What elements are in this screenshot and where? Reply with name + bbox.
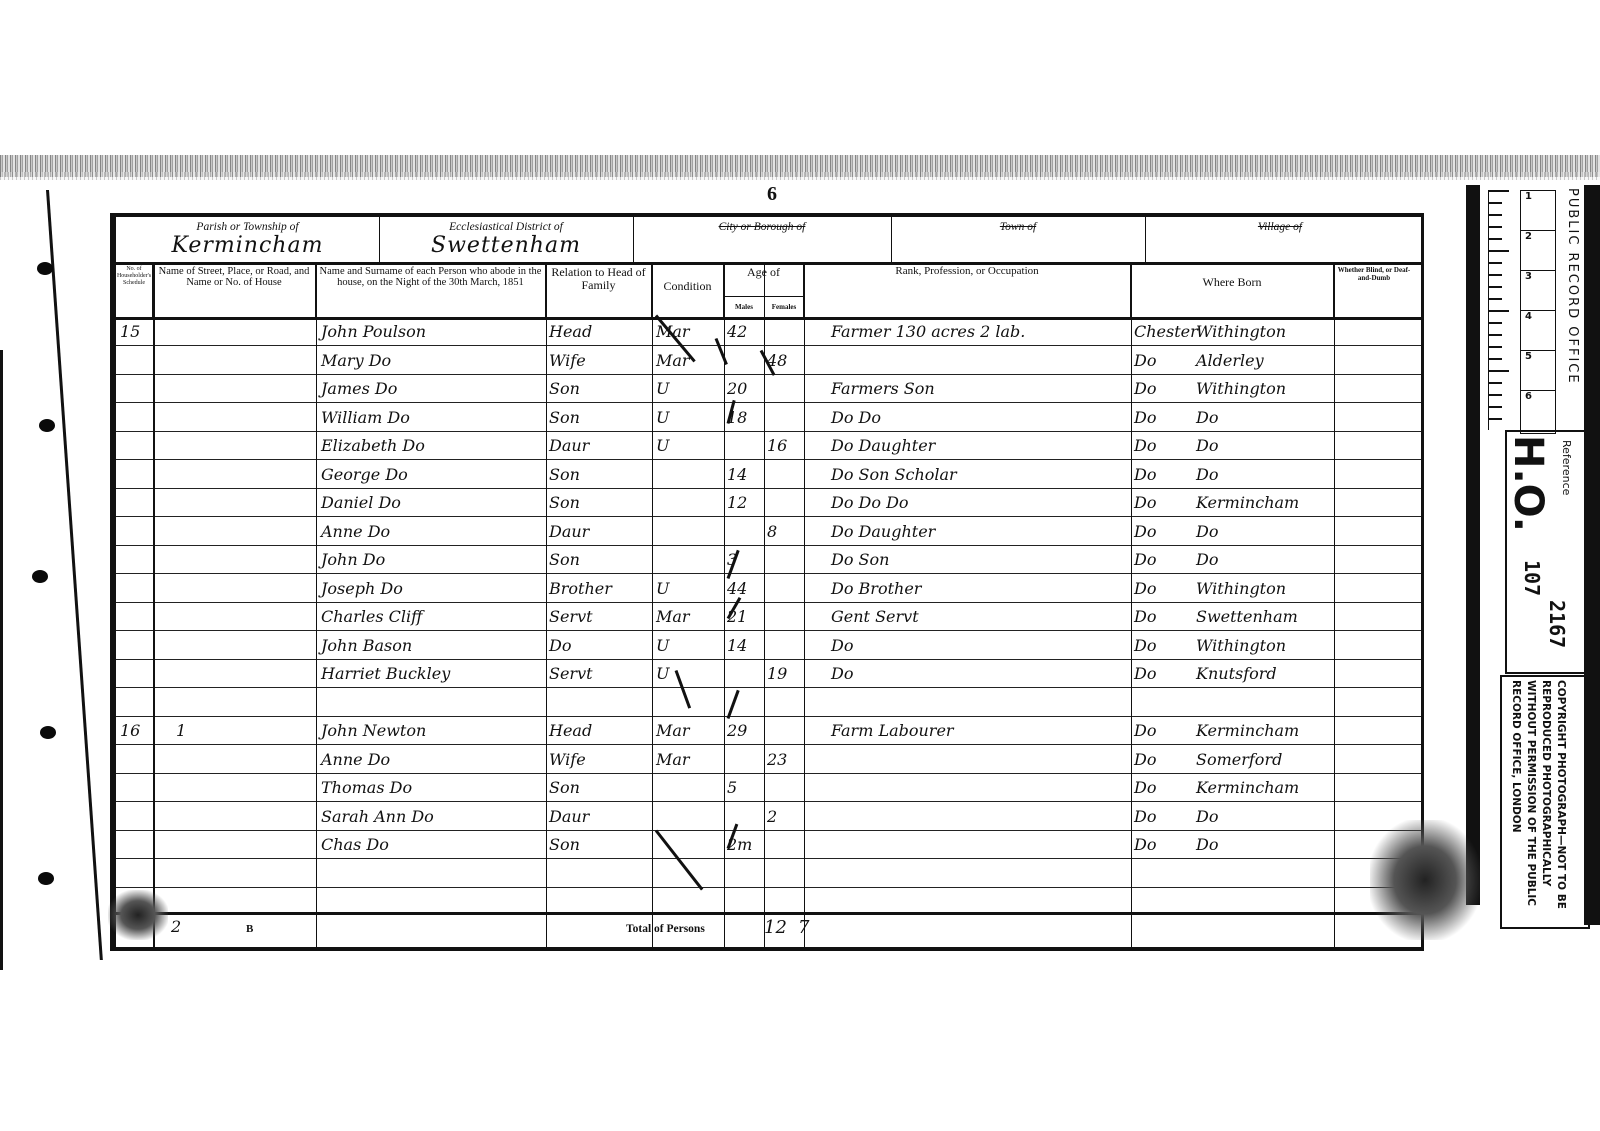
cell-schedule — [120, 545, 153, 573]
cell-age-m: 42 — [727, 317, 763, 345]
reference-series: H.O. — [1508, 435, 1548, 532]
ecclesiastical-value: Swettenham — [379, 233, 633, 258]
cell-condition — [656, 802, 722, 830]
column-divider — [1131, 262, 1132, 947]
cell-street — [176, 460, 316, 488]
col-condition: Condition — [652, 262, 724, 317]
col-street: Name of Street, Place, or Road, and Name… — [153, 262, 316, 317]
cell-age-f — [767, 574, 803, 602]
cell-name: Chas Do — [321, 830, 546, 858]
cell-occupation — [831, 346, 1131, 374]
cell-street: 1 — [176, 716, 316, 744]
cell-occupation — [831, 773, 1131, 801]
cell-schedule — [120, 745, 153, 773]
col-schedule-no: No. of Householder's Schedule — [116, 262, 153, 317]
column-divider — [764, 262, 765, 947]
cell-street — [176, 574, 316, 602]
cell-name — [321, 688, 546, 716]
column-headers: No. of Householder's Schedule Name of St… — [116, 262, 1421, 320]
cell-born-place: Do — [1196, 460, 1331, 488]
village-label: Village of — [1145, 221, 1415, 233]
cell-schedule — [120, 403, 153, 431]
cell-relation: Servt — [549, 602, 649, 630]
cell-born-county: Do — [1134, 659, 1194, 687]
town-cell: Town of — [891, 217, 1146, 262]
cell-name: Harriet Buckley — [321, 659, 546, 687]
cell-schedule — [120, 574, 153, 602]
cell-schedule — [120, 659, 153, 687]
col-blind-deaf: Whether Blind, or Deaf-and-Dumb — [1334, 262, 1414, 317]
cell-condition: U — [656, 403, 722, 431]
cell-occupation: Farm Labourer — [831, 716, 1131, 744]
cell-born-county: Do — [1134, 488, 1194, 516]
cell-condition: U — [656, 374, 722, 402]
cell-age-f — [767, 374, 803, 402]
ruler-tick — [1489, 298, 1502, 300]
ruler-tick — [1489, 370, 1509, 372]
cell-age-f: 23 — [767, 745, 803, 773]
cell-age-f: 16 — [767, 431, 803, 459]
parish-label: Parish or Township of — [116, 221, 379, 233]
cell-born-place: Swettenham — [1196, 602, 1331, 630]
table-row: Thomas DoSon5DoKermincham — [116, 773, 1421, 802]
parish-value: Kermincham — [116, 233, 379, 258]
cell-name: John Poulson — [321, 317, 546, 345]
cell-born-place: Do — [1196, 830, 1331, 858]
scan-smudge — [1370, 820, 1480, 940]
ruler-tick — [1489, 418, 1502, 420]
cell-born-place: Withington — [1196, 374, 1331, 402]
cell-occupation — [831, 830, 1131, 858]
cell-occupation — [831, 745, 1131, 773]
cell-age-f — [767, 859, 803, 887]
cell-born-county: Do — [1134, 574, 1194, 602]
scan-noise-band-2 — [0, 172, 1600, 180]
col-age-females: Females — [764, 296, 804, 317]
table-row: Mary DoWifeMar48DoAlderley — [116, 346, 1421, 375]
cell-street — [176, 517, 316, 545]
punch-hole — [38, 872, 54, 885]
binding-edge — [46, 190, 103, 960]
column-divider — [316, 262, 317, 947]
reference-label: Reference — [1560, 440, 1573, 495]
cell-age-m: 14 — [727, 460, 763, 488]
page-number: 6 — [767, 183, 777, 206]
cell-schedule: 16 — [120, 716, 153, 744]
ruler-tick — [1489, 202, 1502, 204]
cell-born-place — [1196, 688, 1331, 716]
cell-age-m: 12 — [727, 488, 763, 516]
cell-condition: Mar — [656, 346, 722, 374]
cell-age-f — [767, 688, 803, 716]
cell-age-f: 19 — [767, 659, 803, 687]
cell-age-f — [767, 602, 803, 630]
cell-relation: Son — [549, 773, 649, 801]
cell-condition: Mar — [656, 602, 722, 630]
cell-occupation — [831, 688, 1131, 716]
cell-name: George Do — [321, 460, 546, 488]
census-form: Parish or Township of Kermincham Ecclesi… — [110, 213, 1424, 951]
cell-occupation: Do Son — [831, 545, 1131, 573]
table-row: Joseph DoBrotherU44Do BrotherDoWithingto… — [116, 574, 1421, 603]
cell-born-place: Do — [1196, 517, 1331, 545]
cell-occupation: Do Do — [831, 403, 1131, 431]
cell-condition: U — [656, 659, 722, 687]
reference-piece: 107 — [1520, 560, 1544, 596]
cell-occupation: Do — [831, 659, 1131, 687]
cell-age-f — [767, 545, 803, 573]
cell-street — [176, 773, 316, 801]
cell-age-m — [727, 517, 763, 545]
cell-name: Mary Do — [321, 346, 546, 374]
cell-name: Elizabeth Do — [321, 431, 546, 459]
cell-condition: Mar — [656, 716, 722, 744]
cell-born-county: Do — [1134, 545, 1194, 573]
column-divider — [1334, 262, 1335, 947]
ruler-mark: 1 — [1521, 191, 1555, 231]
cell-name: John Bason — [321, 631, 546, 659]
table-row: John BasonDoU14DoDoWithington — [116, 631, 1421, 660]
table-row: Daniel DoSon12Do Do DoDoKermincham — [116, 488, 1421, 517]
cell-relation: Daur — [549, 431, 649, 459]
table-row: John DoSon3Do SonDoDo — [116, 545, 1421, 574]
cell-age-m — [727, 346, 763, 374]
ruler-mark: 3 — [1521, 271, 1555, 311]
ruler-tick — [1489, 286, 1502, 288]
cell-schedule — [120, 374, 153, 402]
table-row: George DoSon14Do Son ScholarDoDo — [116, 460, 1421, 489]
cell-born-place: Do — [1196, 403, 1331, 431]
table-row: Charles CliffServtMar21Gent ServtDoSwett… — [116, 602, 1421, 631]
cell-street — [176, 431, 316, 459]
city-cell: City or Borough of — [633, 217, 892, 262]
ruler-tick — [1489, 238, 1502, 240]
cell-street — [176, 688, 316, 716]
ruler-tick — [1489, 214, 1502, 216]
cell-schedule — [120, 688, 153, 716]
cell-name: James Do — [321, 374, 546, 402]
cell-occupation: Do Daughter — [831, 517, 1131, 545]
cell-born-county: Do — [1134, 517, 1194, 545]
cell-condition — [656, 517, 722, 545]
cell-relation: Son — [549, 830, 649, 858]
cell-born-county: Do — [1134, 346, 1194, 374]
cell-relation: Wife — [549, 346, 649, 374]
cell-condition — [656, 773, 722, 801]
cell-schedule — [120, 802, 153, 830]
cell-occupation: Farmers Son — [831, 374, 1131, 402]
cell-born-county — [1134, 859, 1194, 887]
cell-age-m — [727, 431, 763, 459]
cell-schedule — [120, 773, 153, 801]
cell-name: John Do — [321, 545, 546, 573]
city-label: City or Borough of — [633, 221, 891, 233]
cell-condition: Mar — [656, 317, 722, 345]
cell-born-county: Do — [1134, 802, 1194, 830]
cell-schedule — [120, 859, 153, 887]
cell-street — [176, 631, 316, 659]
cell-occupation: Do Do Do — [831, 488, 1131, 516]
district-header: Parish or Township of Kermincham Ecclesi… — [116, 217, 1421, 265]
cell-occupation: Gent Servt — [831, 602, 1131, 630]
cell-born-place: Withington — [1196, 631, 1331, 659]
cell-street — [176, 859, 316, 887]
cell-relation: Wife — [549, 745, 649, 773]
table-row: 15John PoulsonHeadMar42Farmer 130 acres … — [116, 317, 1421, 346]
copyright-notice: COPYRIGHT PHOTOGRAPH—NOT TO BE REPRODUCE… — [1508, 680, 1568, 920]
cell-age-f — [767, 830, 803, 858]
punch-hole — [39, 419, 55, 432]
table-row: Anne DoWifeMar23DoSomerford — [116, 745, 1421, 774]
cell-street — [176, 802, 316, 830]
ruler-tick — [1489, 394, 1502, 396]
cell-born-place — [1196, 859, 1331, 887]
cell-relation: Son — [549, 545, 649, 573]
cell-street — [176, 545, 316, 573]
cell-schedule — [120, 830, 153, 858]
scan-smudge — [108, 890, 168, 940]
cell-born-county: Do — [1134, 773, 1194, 801]
total-males: 12 — [764, 917, 787, 938]
cell-age-m — [727, 859, 763, 887]
cell-born-county: Chester — [1134, 317, 1194, 345]
ecclesiastical-label: Ecclesiastical District of — [379, 221, 633, 233]
column-divider — [804, 262, 805, 947]
cell-relation: Servt — [549, 659, 649, 687]
cell-born-county: Do — [1134, 830, 1194, 858]
cell-born-place: Withington — [1196, 317, 1331, 345]
cell-schedule: 15 — [120, 317, 153, 345]
col-name: Name and Surname of each Person who abod… — [316, 262, 546, 317]
cell-street — [176, 488, 316, 516]
cell-age-m: 14 — [727, 631, 763, 659]
cell-occupation: Do Daughter — [831, 431, 1131, 459]
cell-born-county: Do — [1134, 631, 1194, 659]
cell-born-place: Kermincham — [1196, 488, 1331, 516]
cell-age-f — [767, 631, 803, 659]
cell-age-m — [727, 745, 763, 773]
cell-age-m: 44 — [727, 574, 763, 602]
cell-occupation — [831, 859, 1131, 887]
table-row: Harriet BuckleyServtU19DoDoKnutsford — [116, 659, 1421, 688]
ruler-tick — [1489, 262, 1502, 264]
table-row — [116, 859, 1421, 888]
cell-born-place: Do — [1196, 431, 1331, 459]
column-divider — [153, 262, 155, 947]
ruler-tick — [1489, 382, 1502, 384]
cell-condition — [656, 545, 722, 573]
table-row: Anne DoDaur8Do DaughterDoDo — [116, 517, 1421, 546]
cell-born-county: Do — [1134, 716, 1194, 744]
ruler-tick — [1489, 274, 1502, 276]
town-label: Town of — [891, 221, 1145, 233]
table-row: James DoSonU20Farmers SonDoWithington — [116, 374, 1421, 403]
cell-name: John Newton — [321, 716, 546, 744]
ruler-tick — [1489, 226, 1502, 228]
punch-hole — [32, 570, 48, 583]
cell-born-place: Do — [1196, 802, 1331, 830]
cell-relation: Son — [549, 488, 649, 516]
column-divider — [546, 262, 547, 947]
col-relation: Relation to Head of Family — [546, 262, 652, 317]
cell-born-county: Do — [1134, 602, 1194, 630]
cell-condition — [656, 460, 722, 488]
ruler-mark: 4 — [1521, 311, 1555, 351]
cell-relation: Head — [549, 716, 649, 744]
cell-relation: Son — [549, 460, 649, 488]
cell-schedule — [120, 460, 153, 488]
cell-age-f — [767, 773, 803, 801]
houses-tally: 2 — [171, 917, 181, 936]
table-row: Chas DoSon2mDoDo — [116, 830, 1421, 859]
cell-born-place: Withington — [1196, 574, 1331, 602]
table-row — [116, 688, 1421, 717]
cell-relation: Brother — [549, 574, 649, 602]
cell-condition: U — [656, 431, 722, 459]
ruler-tick — [1489, 190, 1509, 192]
ruler-tick — [1489, 334, 1502, 336]
column-divider — [652, 262, 653, 947]
cell-schedule — [120, 602, 153, 630]
cell-born-place: Alderley — [1196, 346, 1331, 374]
page-edge — [0, 350, 3, 970]
cell-condition: U — [656, 631, 722, 659]
cell-age-m — [727, 659, 763, 687]
ruler-mark: 2 — [1521, 231, 1555, 271]
ruler-mark: 6 — [1521, 391, 1555, 431]
cell-street — [176, 346, 316, 374]
cell-relation: Daur — [549, 802, 649, 830]
cell-street — [176, 659, 316, 687]
ecclesiastical-cell: Ecclesiastical District of Swettenham — [379, 217, 634, 262]
ruler-tick — [1489, 250, 1509, 252]
cell-age-m: 20 — [727, 374, 763, 402]
cell-name: Anne Do — [321, 745, 546, 773]
cell-schedule — [120, 488, 153, 516]
cell-relation: Son — [549, 403, 649, 431]
cell-schedule — [120, 631, 153, 659]
cell-relation: Daur — [549, 517, 649, 545]
cell-age-f: 8 — [767, 517, 803, 545]
cell-name: Anne Do — [321, 517, 546, 545]
cell-schedule — [120, 346, 153, 374]
totals-row: 2 B Total of Persons 12 7 — [116, 912, 1421, 947]
cell-occupation: Do — [831, 631, 1131, 659]
col-age-males: Males — [724, 296, 765, 317]
cell-schedule — [120, 431, 153, 459]
ruler-tick — [1489, 346, 1502, 348]
cell-age-m — [727, 802, 763, 830]
cell-born-county: Do — [1134, 374, 1194, 402]
village-cell: Village of — [1145, 217, 1415, 262]
ruler-tick — [1489, 310, 1509, 312]
reference-folio: 2167 — [1545, 600, 1569, 648]
cell-born-county: Do — [1134, 460, 1194, 488]
cell-relation: Do — [549, 631, 649, 659]
ruler-tick — [1489, 358, 1502, 360]
cell-occupation: Farmer 130 acres 2 lab. — [831, 317, 1131, 345]
cell-name: Daniel Do — [321, 488, 546, 516]
cell-age-f — [767, 488, 803, 516]
cell-name: Sarah Ann Do — [321, 802, 546, 830]
ruler-tick — [1489, 322, 1502, 324]
houses-b: B — [246, 923, 253, 935]
cell-born-county — [1134, 688, 1194, 716]
cell-occupation: Do Brother — [831, 574, 1131, 602]
cell-born-place: Do — [1196, 545, 1331, 573]
cell-age-f — [767, 716, 803, 744]
cell-occupation — [831, 802, 1131, 830]
ruler-tick — [1489, 406, 1502, 408]
cell-street — [176, 602, 316, 630]
cell-condition — [656, 488, 722, 516]
ruler-mark: 5 — [1521, 351, 1555, 391]
cell-name: Charles Cliff — [321, 602, 546, 630]
film-edge — [1466, 185, 1480, 905]
cell-born-county: Do — [1134, 403, 1194, 431]
cell-street — [176, 317, 316, 345]
ruler-scale-box: 123456 — [1520, 190, 1556, 434]
archive-office-name: PUBLIC RECORD OFFICE — [1558, 188, 1580, 428]
cell-born-place: Knutsford — [1196, 659, 1331, 687]
cell-born-place: Somerford — [1196, 745, 1331, 773]
cell-born-place: Kermincham — [1196, 773, 1331, 801]
cell-schedule — [120, 517, 153, 545]
cell-age-m: 5 — [727, 773, 763, 801]
cell-age-f: 2 — [767, 802, 803, 830]
cell-occupation: Do Son Scholar — [831, 460, 1131, 488]
cell-name: Joseph Do — [321, 574, 546, 602]
cell-relation: Son — [549, 374, 649, 402]
cell-age-m: 29 — [727, 716, 763, 744]
cell-condition: Mar — [656, 745, 722, 773]
cell-street — [176, 374, 316, 402]
cell-born-place: Kermincham — [1196, 716, 1331, 744]
cell-condition: U — [656, 574, 722, 602]
cell-age-f — [767, 403, 803, 431]
total-persons-label: Total of Persons — [626, 923, 705, 935]
table-row: 161John NewtonHeadMar29Farm LabourerDoKe… — [116, 716, 1421, 745]
cell-street — [176, 745, 316, 773]
table-row: Elizabeth DoDaurU16Do DaughterDoDo — [116, 431, 1421, 460]
col-occupation: Rank, Profession, or Occupation — [804, 262, 1131, 317]
col-where-born: Where Born — [1131, 262, 1334, 317]
cell-age-f — [767, 460, 803, 488]
cell-relation — [549, 688, 649, 716]
cell-age-f — [767, 317, 803, 345]
cell-relation: Head — [549, 317, 649, 345]
cell-born-county: Do — [1134, 745, 1194, 773]
punch-hole — [40, 726, 56, 739]
cell-street — [176, 403, 316, 431]
cell-street — [176, 830, 316, 858]
cell-born-county: Do — [1134, 431, 1194, 459]
cell-name: William Do — [321, 403, 546, 431]
cell-relation — [549, 859, 649, 887]
parish-cell: Parish or Township of Kermincham — [116, 217, 380, 262]
cell-name — [321, 859, 546, 887]
table-row: Sarah Ann DoDaur2DoDo — [116, 802, 1421, 831]
table-row: William DoSonU18Do DoDoDo — [116, 403, 1421, 432]
cell-name: Thomas Do — [321, 773, 546, 801]
punch-hole — [37, 262, 53, 275]
